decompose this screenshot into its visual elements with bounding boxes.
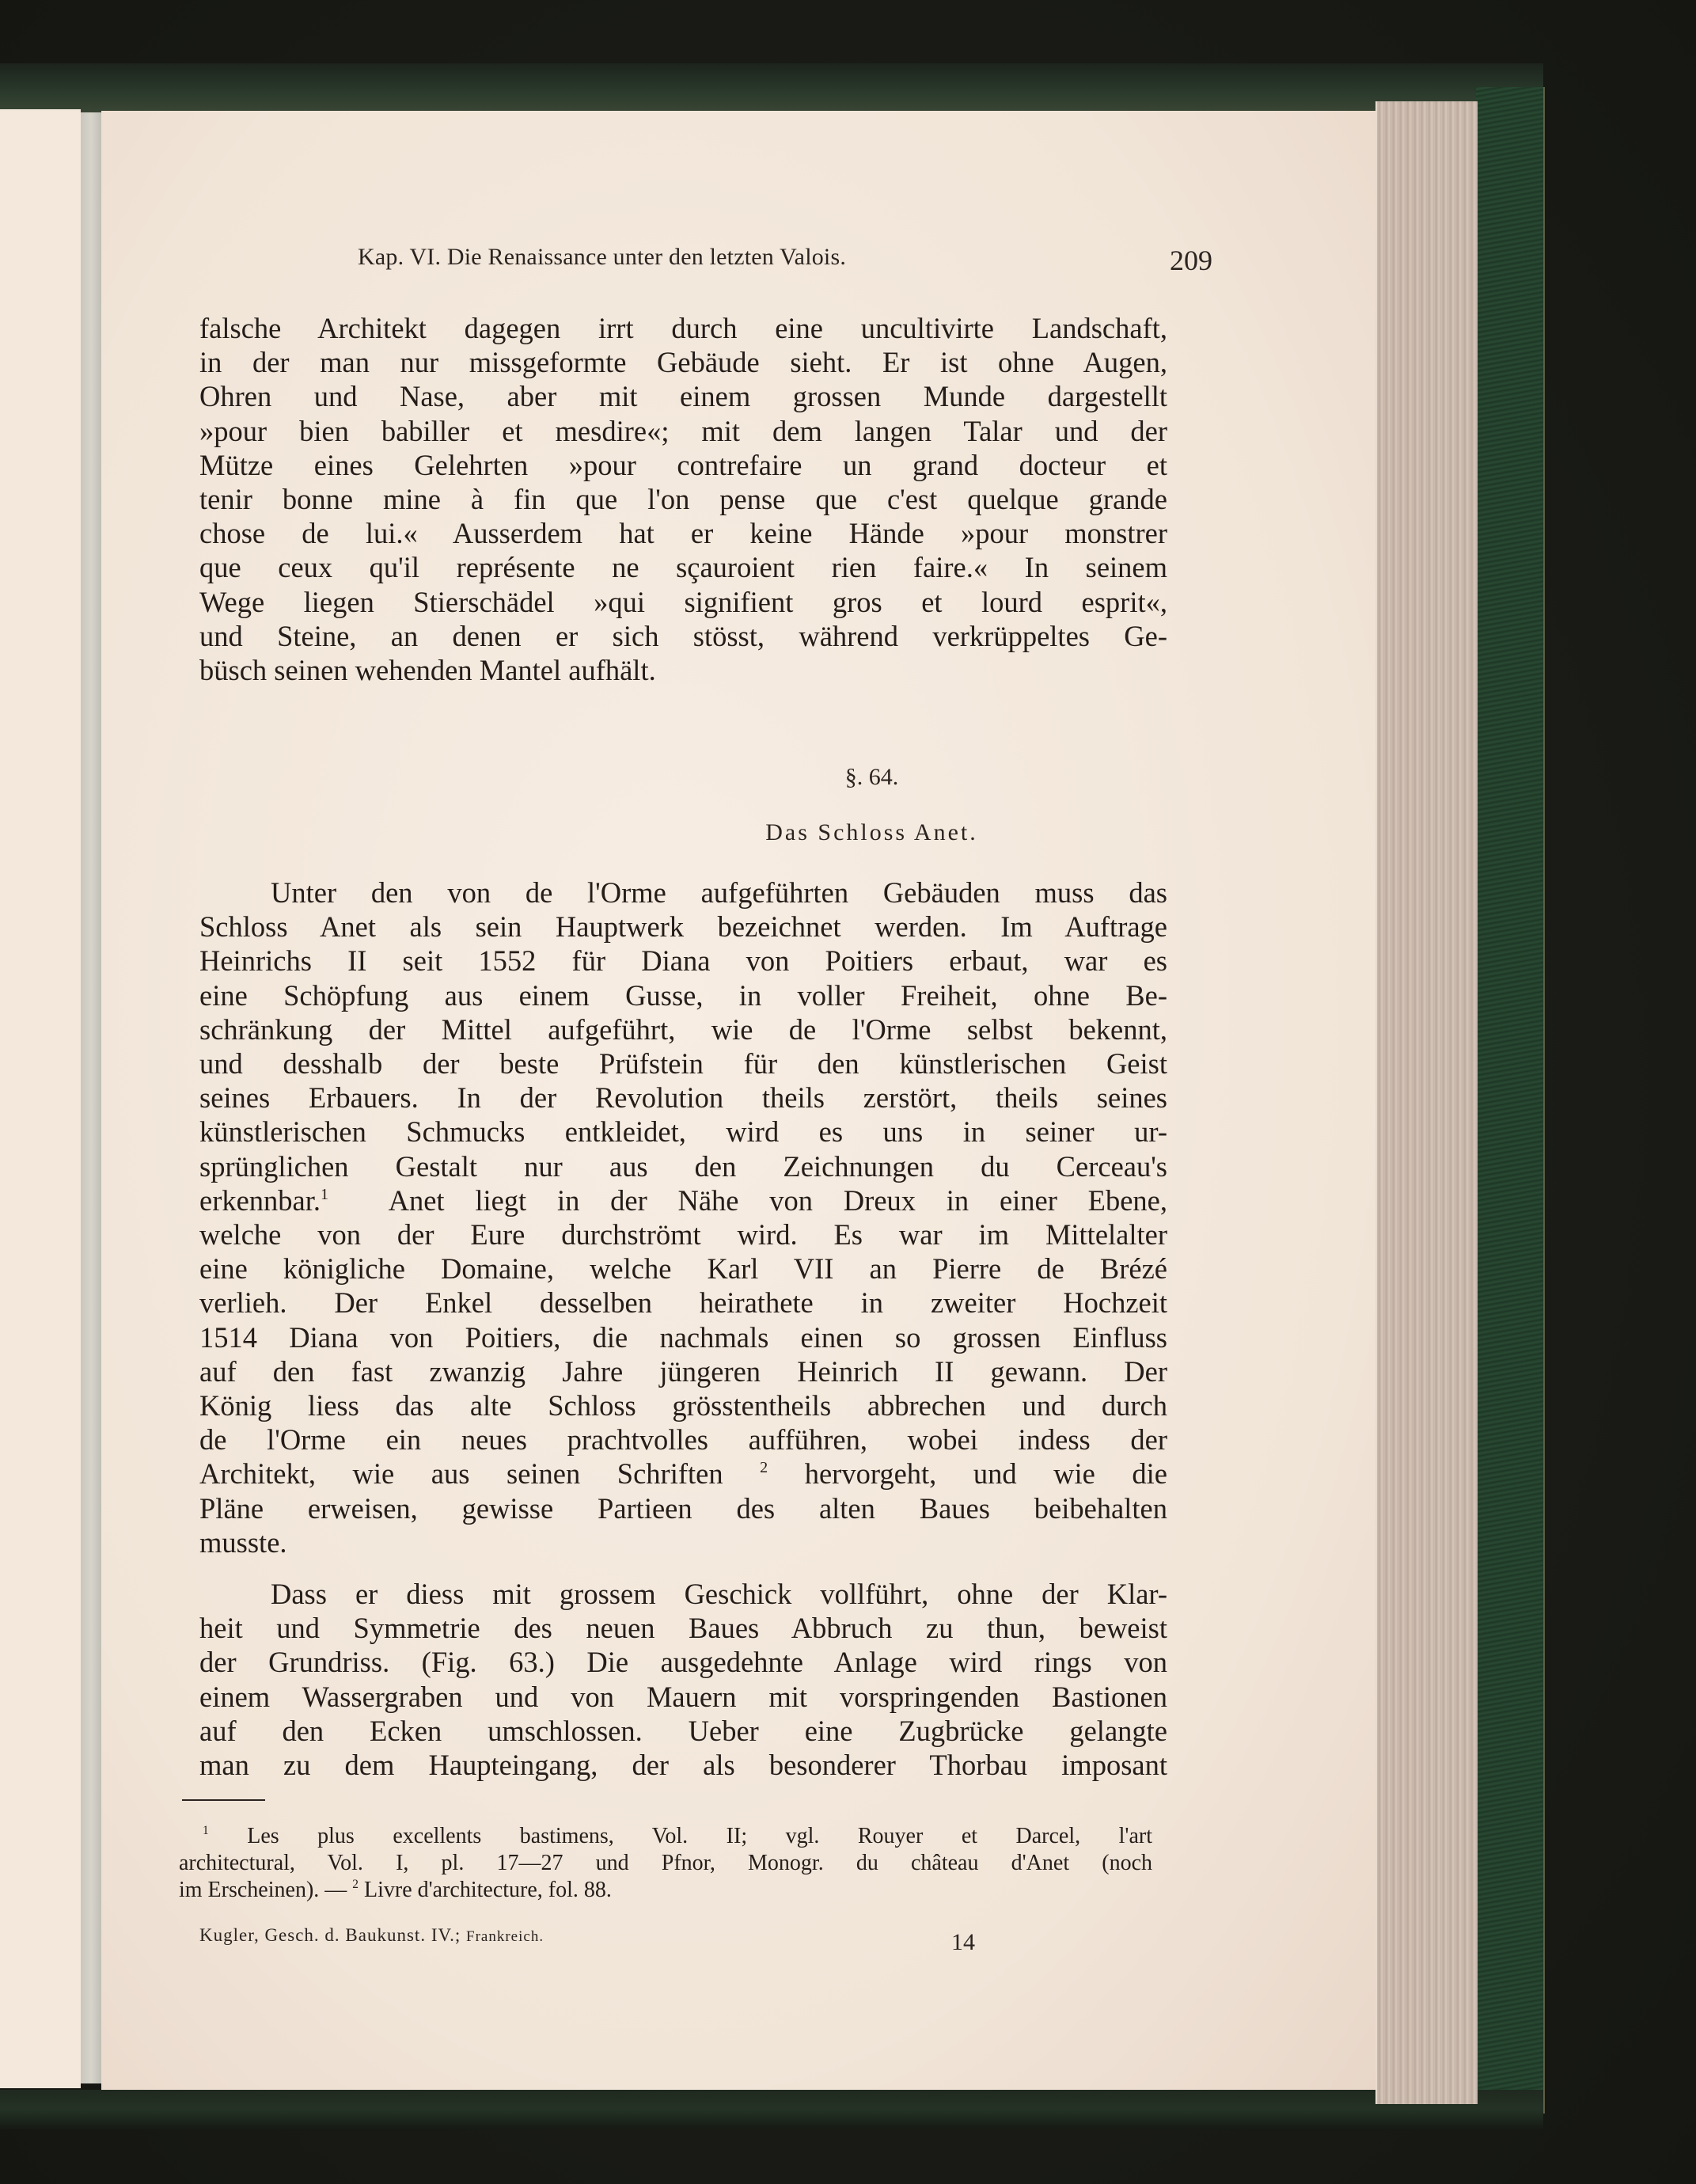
text-line: eine königliche Domaine, welche Karl VII… xyxy=(199,1252,1167,1286)
text-line: Schloss Anet als sein Hauptwerk bezeichn… xyxy=(199,910,1167,944)
text-line-with-footnote: erkennbar.1 Anet liegt in der Nähe von D… xyxy=(199,1183,1167,1217)
text-line: chose de lui.« Ausserdem hat er keine Hä… xyxy=(199,516,1167,550)
text-line: seines Erbauers. In der Revolution theil… xyxy=(199,1081,1167,1115)
book-cover-spine-edge xyxy=(1476,87,1545,2114)
section-title: Das Schloss Anet. xyxy=(0,819,1696,846)
text-line: sprünglichen Gestalt nur aus den Zeichnu… xyxy=(199,1149,1167,1183)
paragraph-continued: falsche Architekt dagegen irrt durch ein… xyxy=(199,311,1167,687)
text-line: »pour bien babiller et mesdire«; mit dem… xyxy=(199,414,1167,448)
text-line: musste. xyxy=(199,1525,1167,1559)
text-line: Mütze eines Gelehrten »pour contrefaire … xyxy=(199,448,1167,482)
text-line: 1514 Diana von Poitiers, die nachmals ei… xyxy=(199,1320,1167,1354)
text-line: und Steine, an denen er sich stösst, wäh… xyxy=(199,619,1167,653)
paragraph-2: Dass er diess mit grossem Geschick vollf… xyxy=(199,1577,1167,1782)
running-head-title: Kap. VI. Die Renaissance unter den letzt… xyxy=(358,244,846,271)
text-line: Wege liegen Stierschädel »qui signifient… xyxy=(199,585,1167,619)
book-gutter xyxy=(81,112,101,2083)
page-number: 209 xyxy=(1170,244,1212,277)
text-line: der Grundriss. (Fig. 63.) Die ausgedehnt… xyxy=(199,1645,1167,1679)
printer-signature: Kugler, Gesch. d. Baukunst. IV.; Frankre… xyxy=(199,1925,544,1946)
text-line: que ceux qu'il représente ne sçauroient … xyxy=(199,550,1167,584)
text-line: König liess das alte Schloss grösstenthe… xyxy=(199,1388,1167,1422)
footnote-marker-1: 1 xyxy=(203,1824,209,1837)
text-line: verlieh. Der Enkel desselben heirathete … xyxy=(199,1286,1167,1320)
text-line: falsche Architekt dagegen irrt durch ein… xyxy=(199,311,1167,345)
text-line: büsch seinen wehenden Mantel aufhält. xyxy=(199,653,1167,687)
text-line: künstlerischen Schmucks entkleidet, wird… xyxy=(199,1115,1167,1149)
text-line: de l'Orme ein neues prachtvolles aufführ… xyxy=(199,1422,1167,1457)
text-line: auf den fast zwanzig Jahre jüngeren Hein… xyxy=(199,1354,1167,1388)
sheet-number: 14 xyxy=(951,1929,975,1956)
text-line: in der man nur missgeformte Gebäude sieh… xyxy=(199,345,1167,379)
text-line: tenir bonne mine à fin que l'on pense qu… xyxy=(199,482,1167,516)
footnote-marker-2: 2 xyxy=(352,1878,359,1891)
section-number: §. 64. xyxy=(0,764,1696,791)
footnote-1-line: 1 Les plus excellents bastimens, Vol. II… xyxy=(203,1823,1152,1850)
text-line: welche von der Eure durchströmt wird. Es… xyxy=(199,1217,1167,1252)
book-cover-top-edge xyxy=(0,63,1543,112)
text-line: Unter den von de l'Orme aufgeführten Geb… xyxy=(199,875,1167,910)
text-line: Dass er diess mit grossem Geschick vollf… xyxy=(199,1577,1167,1611)
facing-page-left xyxy=(0,109,81,2088)
text-line: eine Schöpfung aus einem Gusse, in volle… xyxy=(199,978,1167,1012)
text-line: schränkung der Mittel aufgeführt, wie de… xyxy=(199,1012,1167,1046)
running-head: Kap. VI. Die Renaissance unter den letzt… xyxy=(358,244,1212,275)
footnote-2-line: im Erscheinen). — 2 Livre d'architecture… xyxy=(179,1877,1152,1904)
footnotes: 1 Les plus excellents bastimens, Vol. II… xyxy=(203,1823,1152,1904)
footnote-ref-1[interactable]: 1 xyxy=(321,1186,328,1203)
footnote-1-line: architectural, Vol. I, pl. 17—27 und Pfn… xyxy=(179,1850,1152,1877)
text-line: Ohren und Nase, aber mit einem grossen M… xyxy=(199,379,1167,413)
footnote-rule xyxy=(182,1799,265,1801)
text-line: auf den Ecken umschlossen. Ueber eine Zu… xyxy=(199,1714,1167,1748)
footnote-ref-2[interactable]: 2 xyxy=(760,1459,768,1476)
text-line-with-footnote: Architekt, wie aus seinen Schriften 2 he… xyxy=(199,1457,1167,1491)
text-line: und desshalb der beste Prüfstein für den… xyxy=(199,1046,1167,1081)
page-stack-edges xyxy=(1375,101,1478,2104)
text-line: man zu dem Haupteingang, der als besonde… xyxy=(199,1748,1167,1782)
text-line: einem Wassergraben und von Mauern mit vo… xyxy=(199,1680,1167,1714)
paragraph-1: Unter den von de l'Orme aufgeführten Geb… xyxy=(199,875,1167,1559)
book-cover-bottom-edge xyxy=(0,2090,1543,2129)
text-line: heit und Symmetrie des neuen Baues Abbru… xyxy=(199,1611,1167,1645)
text-line: Heinrichs II seit 1552 für Diana von Poi… xyxy=(199,944,1167,978)
text-line: Pläne erweisen, gewisse Partieen des alt… xyxy=(199,1491,1167,1525)
